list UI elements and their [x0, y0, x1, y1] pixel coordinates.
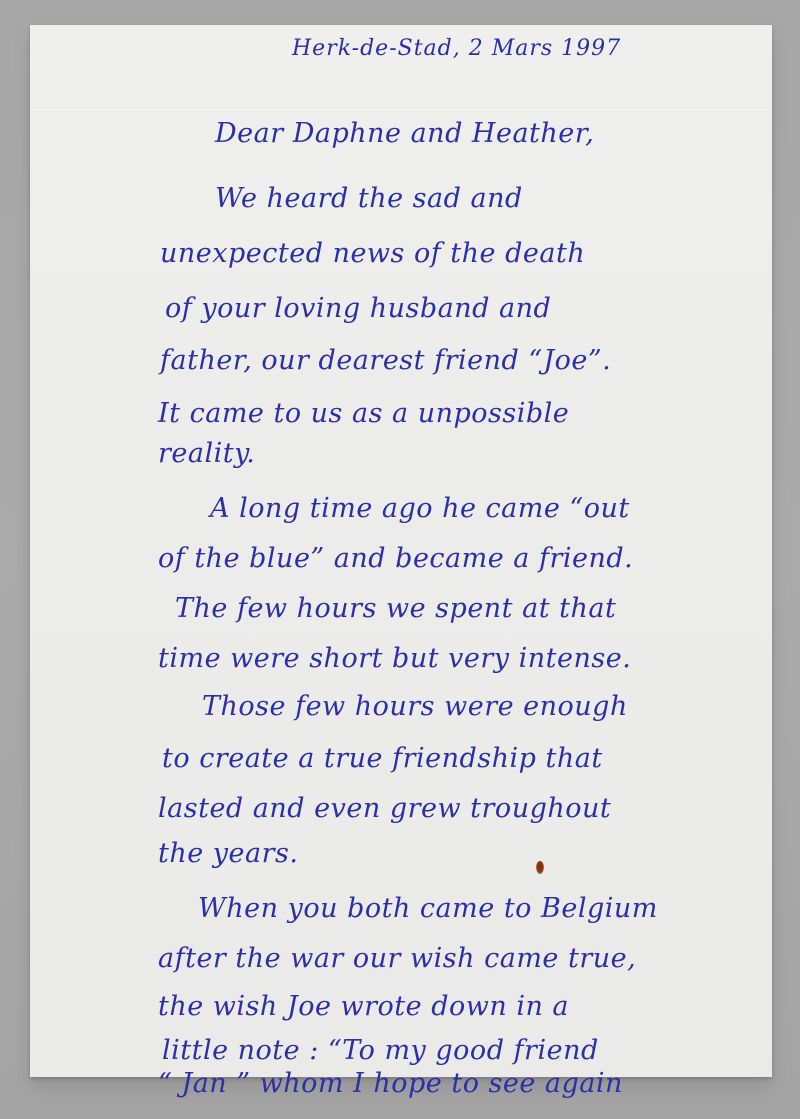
letter-line: lasted and even grew troughout	[158, 795, 611, 822]
letter-line: It came to us as a unpossible	[158, 400, 569, 427]
paper-fold-line	[30, 108, 772, 109]
letter-line: to create a true friendship that	[162, 745, 603, 772]
letter-line: Those few hours were enough	[202, 693, 628, 720]
letter-line: unexpected news of the death	[160, 240, 585, 267]
letter-line: the years.	[158, 840, 298, 867]
letter-line: after the war our wish came true,	[158, 945, 636, 972]
letter-line: father, our dearest friend “Joe”.	[160, 347, 611, 374]
letter-line: little note : “To my good friend	[162, 1037, 599, 1064]
letter-line: When you both came to Belgium	[198, 895, 658, 922]
letter-line: the wish Joe wrote down in a	[158, 993, 569, 1020]
ink-stain	[536, 861, 544, 874]
letter-line: We heard the sad and	[215, 185, 523, 212]
letter-line: “ Jan ” whom I hope to see again	[158, 1070, 623, 1097]
letter-line: of the blue” and became a friend.	[158, 545, 633, 572]
letter-line: reality.	[158, 440, 255, 467]
letter-line: time were short but very intense.	[158, 645, 631, 672]
letter-page: Herk-de-Stad, 2 Mars 1997 Dear Daphne an…	[30, 25, 772, 1077]
letter-salutation: Dear Daphne and Heather,	[215, 120, 594, 147]
letter-line: of your loving husband and	[165, 295, 551, 322]
letter-dateline: Herk-de-Stad, 2 Mars 1997	[292, 38, 742, 60]
letter-line: A long time ago he came “out	[210, 495, 630, 522]
letter-line: The few hours we spent at that	[175, 595, 616, 622]
